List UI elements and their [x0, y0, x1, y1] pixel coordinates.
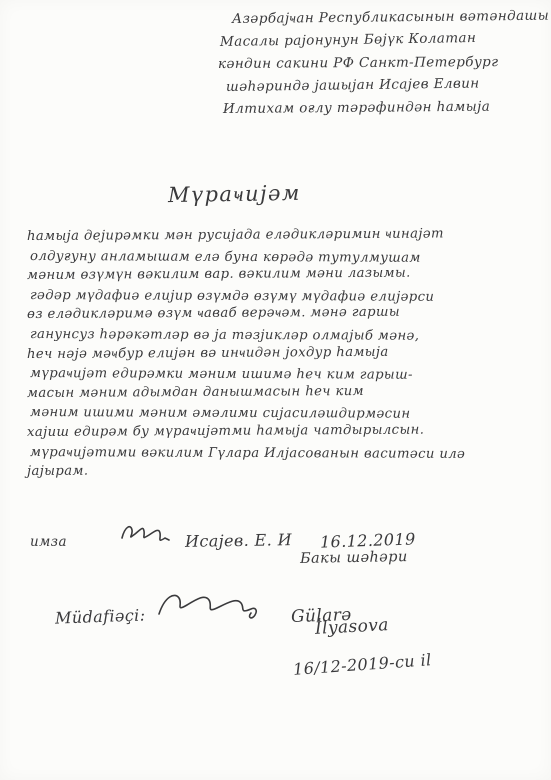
header-line: Илтихам оғлу тәрәфиндән һамыја: [223, 95, 549, 120]
header-line: Масалы рајонунун Бөјүк Колатан: [220, 25, 549, 53]
letter-body: һамыја дејирәмки мән русијада еләдикләри…: [27, 227, 539, 482]
defender-row: Müdafiəçi: Gülarə: [55, 588, 352, 626]
defender-label: Müdafiəçi:: [55, 605, 146, 627]
signatory-name: Исајев. Е. И: [185, 530, 292, 551]
body-line: һеч нәјә мәҹбур елијән вә инҹидән јохдур…: [27, 341, 539, 364]
body-line: хајиш едирәм бу мүраҹијәтми һамыја чатды…: [27, 420, 539, 443]
body-line: мәним өзүмүн вәкилим вар. вәкилим мәни л…: [27, 263, 539, 286]
body-line: масын мәним адымдан данышмасын һеч ким: [27, 381, 539, 404]
defender-signature-flourish-icon: [155, 588, 265, 626]
defender-last-name: İlyasova: [315, 615, 390, 639]
header-line: шәһәриндә јашыјан Исајев Елвин: [226, 71, 549, 98]
body-line: өз еләдикләримә өзүм ҹаваб верәҹәм. мәнә…: [27, 302, 539, 325]
body-line: јајырам.: [27, 459, 539, 482]
body-line: һамыја дејирәмки мән русијада еләдикләри…: [27, 224, 539, 247]
signature-city: Бакы шәһәри: [300, 549, 408, 567]
isayev-signature-flourish-icon: [119, 520, 171, 550]
letter-title: Мүраҹијәм: [168, 181, 301, 208]
signature-label: имза: [30, 534, 67, 550]
scanned-letter-page: Азәрбајҹан Республикасынын вәтәндашы Мас…: [0, 0, 551, 780]
sender-header: Азәрбајҹан Республикасынын вәтәндашы Мас…: [218, 8, 549, 121]
defender-date: 16/12-2019-cu il: [293, 650, 433, 679]
signature-row: имза Исајев. Е. И 16.12.2019: [30, 520, 416, 550]
